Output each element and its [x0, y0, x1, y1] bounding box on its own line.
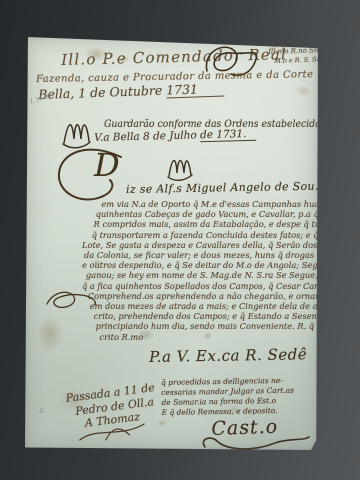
closing-formula: P.a V. Ex.ca R. Sedê	[149, 345, 307, 366]
heading-line-5-year: de 1731.	[200, 128, 257, 142]
manuscript-paper: Ill.o P.e Comendador Real Ill.mo R.no Sn…	[25, 37, 318, 450]
petition-opening: iz se Alf.s Miguel Angelo de Sou.or	[126, 179, 331, 196]
petition-body-line: Lote, Se gasta a despeza e Cavallares de…	[82, 241, 311, 251]
petition-body-line: em dous mezes de atrada a mais; e Cingen…	[82, 302, 311, 312]
heading-line-5-text: V.a Bella 8 de Julho	[94, 129, 200, 144]
paraph-icon	[166, 150, 194, 182]
manuscript-photo: Ill.o P.e Comendador Real Ill.mo R.no Sn…	[0, 0, 360, 480]
margin-paraph-icon	[43, 286, 101, 314]
petition-body-line: ganou; se hey em nome de S. Mag.de N. S.…	[82, 271, 311, 281]
heading-corner-line-1: Ill.mo R.no Snr	[268, 46, 322, 56]
petition-body-line: q̃ a fica quinhentos Sopellados dos Camp…	[82, 282, 311, 292]
pencil-note: 1.16.94	[29, 92, 53, 106]
petition-body-line: e outros despendio, e q̃ Se deitar do M.…	[82, 261, 311, 271]
heading-line-3-text: Bella, 1 de Outubre	[38, 83, 166, 102]
signature-swash-icon	[197, 433, 315, 457]
petition-body-line: quinhentas Cabeças de gado Vacum, e Cava…	[82, 210, 311, 220]
petition-body-line: q̃ transportarem a fazenda Concluida des…	[82, 231, 311, 241]
petition-body: em via N.a de Oporto q̃ M.e d'essas Camp…	[82, 200, 311, 343]
petition-body-line: R compridos mais, assim da Estabalação, …	[82, 220, 311, 230]
petition-body-line: Comprehend.os aprehendendo a não chegarã…	[82, 292, 311, 302]
petition-body-line: principiando hum dia, sendo mais Conveni…	[82, 322, 311, 332]
petition-body-line: em via N.a de Oporto q̃ M.e d'essas Camp…	[82, 200, 311, 210]
petition-body-line: crito, prehendendo dos Campos; e q̃ Esta…	[82, 312, 311, 322]
stain	[295, 85, 311, 97]
petition-body-line: da Colonia, se ficar valer; e dous mezes…	[82, 251, 311, 261]
petition-body-line: crito R.mo	[82, 333, 311, 343]
heading-line-5: V.a Bella 8 de Julho de 1731.	[94, 128, 257, 144]
closing-lines: q̃ procedidas as delligencias ne- cessar…	[161, 376, 295, 418]
heading-corner-line-2: M.o e R. S. Snr	[274, 55, 324, 65]
pencil-mark: 4	[39, 407, 43, 415]
petition-initial: D	[94, 146, 120, 184]
heading-year: 1731	[166, 81, 224, 99]
stain	[37, 315, 63, 353]
